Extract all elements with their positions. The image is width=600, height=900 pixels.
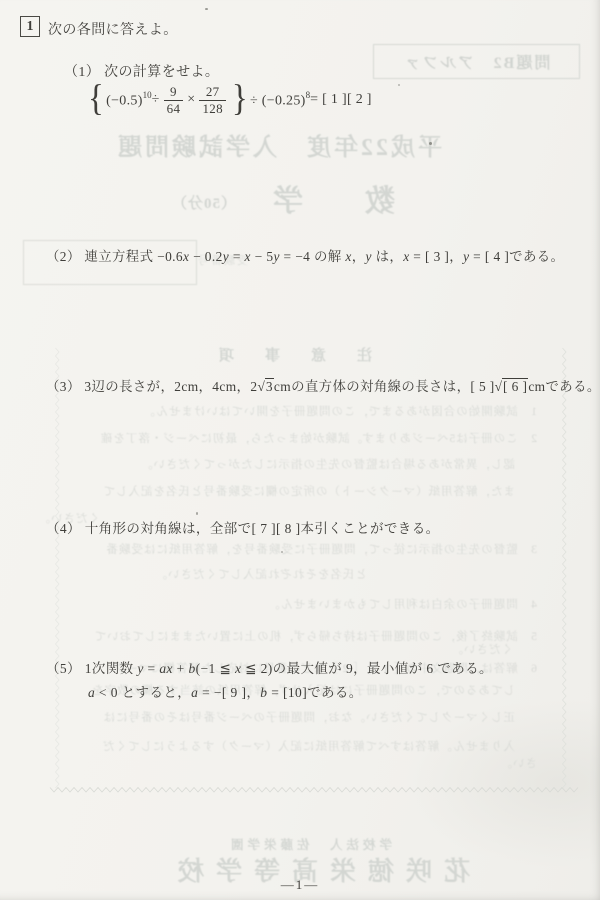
- brace: {: [88, 82, 104, 117]
- question-4-text: （4） 十角形の対角線は，全部で[ 7 ][ 8 ]本引くことができる。: [46, 517, 440, 537]
- question-5-text-line2: a < 0 とすると，a = −[ 9 ]，b = [10]である。: [88, 681, 363, 701]
- brace: }: [232, 82, 248, 117]
- exam-content: 1 次の各問に答えよ。 （1） 次の計算をせよ。 {(−0.5)10 ÷ 964…: [0, 0, 600, 900]
- question-3-text: （3） 3辺の長さが，2cm，4cm，2√3cmの直方体の対角線の長さは，[ 5…: [46, 376, 600, 395]
- problem-number-box: 1: [20, 16, 40, 37]
- problem-intro: 次の各問に答えよ。: [48, 19, 178, 39]
- question-5-text-line1: （5） 1次関数 y = ax + b(−1 ≦ x ≦ 2)の最大値が 9，最…: [46, 657, 493, 677]
- question-2-text: （2） 連立方程式 −0.6x − 0.2y = x − 5y = −4 の解 …: [46, 246, 564, 265]
- page-number: —1—: [0, 877, 600, 893]
- fraction: 27128: [199, 84, 225, 116]
- sqrt-expression: √[ 6 ]: [495, 378, 529, 394]
- sqrt-expression: √3: [257, 378, 273, 394]
- fraction: 964: [164, 84, 184, 116]
- question-1-formula: {(−0.5)10 ÷ 964 × 27128} ÷ (−0.25)8 = [ …: [86, 80, 372, 120]
- exam-paper-scan: { "exam": { "problem_number": "1", "intr…: [0, 0, 600, 900]
